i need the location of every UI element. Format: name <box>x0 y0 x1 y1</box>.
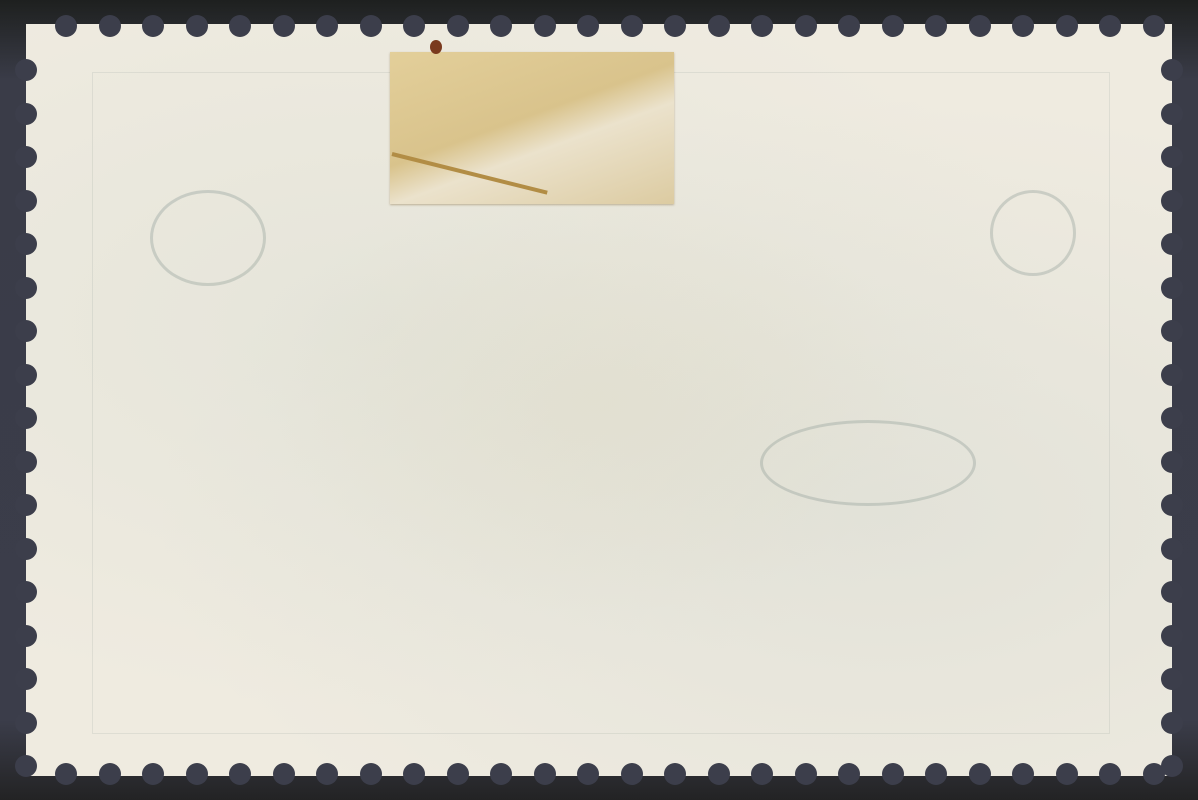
perforation-hole <box>838 15 860 37</box>
perforation-hole <box>1143 15 1165 37</box>
perforation-hole <box>1161 668 1183 690</box>
perforation-hole <box>969 763 991 785</box>
perforation-hole <box>882 15 904 37</box>
show-through-numeral-right <box>990 190 1076 276</box>
perforation-hole <box>15 668 37 690</box>
stamp-hinge <box>390 52 674 204</box>
perforation-hole <box>273 763 295 785</box>
perforation-hole <box>15 538 37 560</box>
perforation-hole <box>15 233 37 255</box>
perforation-hole <box>15 277 37 299</box>
perforation-hole <box>15 364 37 386</box>
perforation-hole <box>1161 451 1183 473</box>
perforation-hole <box>1012 15 1034 37</box>
perforation-hole <box>1161 494 1183 516</box>
perforation-hole <box>795 15 817 37</box>
perforation-hole <box>186 15 208 37</box>
perforation-hole <box>1161 581 1183 603</box>
perforation-hole <box>15 581 37 603</box>
perforation-hole <box>15 451 37 473</box>
perforation-hole <box>621 763 643 785</box>
perforation-hole <box>795 763 817 785</box>
perforation-hole <box>273 15 295 37</box>
perforation-hole <box>1161 146 1183 168</box>
perforation-hole <box>15 103 37 125</box>
perforation-hole <box>1161 712 1183 734</box>
perforation-hole <box>490 763 512 785</box>
perforation-hole <box>1012 763 1034 785</box>
perforation-hole <box>403 15 425 37</box>
perforation-hole <box>1161 233 1183 255</box>
perforation-hole <box>15 494 37 516</box>
perforation-hole <box>55 763 77 785</box>
perforation-hole <box>55 15 77 37</box>
perforation-hole <box>1161 59 1183 81</box>
perforation-hole <box>99 763 121 785</box>
perforation-hole <box>1056 15 1078 37</box>
perforation-hole <box>15 625 37 647</box>
perforation-hole <box>447 15 469 37</box>
perforation-hole <box>577 763 599 785</box>
perforation-hole <box>1099 763 1121 785</box>
perforation-hole <box>490 15 512 37</box>
perforation-hole <box>15 712 37 734</box>
show-through-script <box>760 420 976 506</box>
perforation-hole <box>1161 277 1183 299</box>
perforation-hole <box>15 407 37 429</box>
perforation-hole <box>142 15 164 37</box>
perforation-hole <box>708 763 730 785</box>
perforation-hole <box>1161 755 1183 777</box>
perforation-hole <box>1161 407 1183 429</box>
perforation-hole <box>969 15 991 37</box>
perforation-hole <box>1161 103 1183 125</box>
perforation-hole <box>229 763 251 785</box>
perforation-hole <box>621 15 643 37</box>
perforation-hole <box>925 763 947 785</box>
perforation-hole <box>882 763 904 785</box>
perforation-hole <box>15 755 37 777</box>
perforation-hole <box>15 146 37 168</box>
perforation-hole <box>360 763 382 785</box>
perforation-hole <box>316 15 338 37</box>
perforation-hole <box>1161 320 1183 342</box>
perforation-hole <box>99 15 121 37</box>
perforation-hole <box>1161 364 1183 386</box>
perforation-hole <box>751 15 773 37</box>
perforation-hole <box>1161 625 1183 647</box>
perforation-hole <box>1161 538 1183 560</box>
show-through-numeral-left <box>150 190 266 286</box>
perforation-hole <box>229 15 251 37</box>
perforation-hole <box>447 763 469 785</box>
perforation-hole <box>664 763 686 785</box>
perforation-hole <box>1161 190 1183 212</box>
perforation-hole <box>15 59 37 81</box>
perforation-hole <box>316 763 338 785</box>
perforation-hole <box>925 15 947 37</box>
perforation-hole <box>577 15 599 37</box>
perforation-hole <box>142 763 164 785</box>
perforation-hole <box>1056 763 1078 785</box>
perforation-hole <box>1099 15 1121 37</box>
perforation-hole <box>534 763 556 785</box>
perforation-hole <box>751 763 773 785</box>
perforation-hole <box>15 320 37 342</box>
perforation-hole <box>186 763 208 785</box>
perforation-hole <box>360 15 382 37</box>
stain-spot <box>430 40 442 54</box>
perforation-hole <box>534 15 556 37</box>
perforation-hole <box>664 15 686 37</box>
perforation-hole <box>708 15 730 37</box>
perforation-hole <box>403 763 425 785</box>
perforation-hole <box>15 190 37 212</box>
perforation-hole <box>838 763 860 785</box>
